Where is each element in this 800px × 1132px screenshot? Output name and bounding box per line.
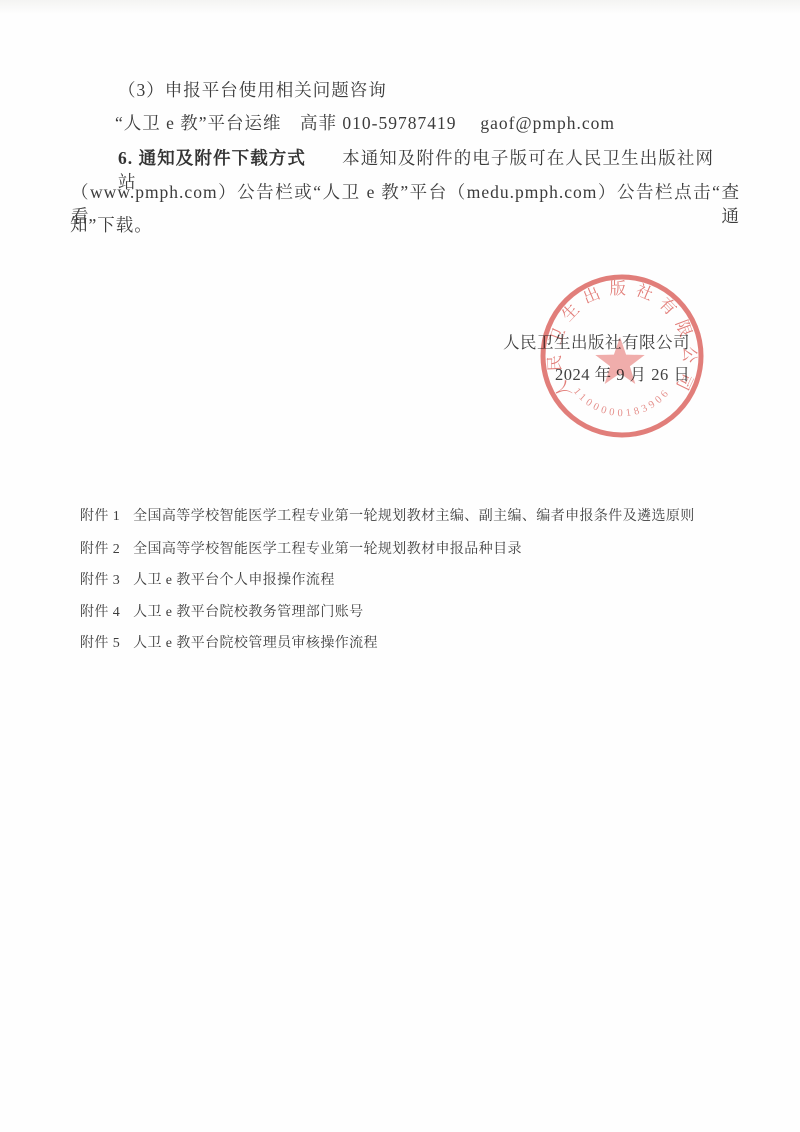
star-icon <box>595 337 644 384</box>
attachment-row-1: 附件 1 全国高等学校智能医学工程专业第一轮规划教材主编、副主编、编者申报条件及… <box>80 507 695 526</box>
download-section-heading: 6. 通知及附件下载方式 <box>118 148 306 168</box>
attachment-5-title: 人卫 e 教平台院校管理员审核操作流程 <box>133 634 378 653</box>
download-section-line2: （www.pmph.com）公告栏或“人卫 e 教”平台（medu.pmph.c… <box>71 180 740 228</box>
official-seal: 人民卫生出版社有限公司 1100000183906 <box>527 261 717 451</box>
attachment-3-label: 附件 3 <box>80 571 120 590</box>
seal-serial-number: 1100000183906 <box>571 386 673 419</box>
attachment-2-label: 附件 2 <box>80 540 120 559</box>
attachment-row-3: 附件 3 人卫 e 教平台个人申报操作流程 <box>80 571 335 590</box>
attachment-2-title: 全国高等学校智能医学工程专业第一轮规划教材申报品种目录 <box>133 540 522 559</box>
contact-info-line: “人卫 e 教”平台运维 高菲 010-59787419 gaof@pmph.c… <box>115 111 615 135</box>
attachment-5-label: 附件 5 <box>80 634 120 653</box>
attachment-row-5: 附件 5 人卫 e 教平台院校管理员审核操作流程 <box>80 634 378 653</box>
attachment-4-title: 人卫 e 教平台院校教务管理部门账号 <box>133 603 363 622</box>
attachment-1-title: 全国高等学校智能医学工程专业第一轮规划教材主编、副主编、编者申报条件及遴选原则 <box>133 507 695 526</box>
attachment-row-2: 附件 2 全国高等学校智能医学工程专业第一轮规划教材申报品种目录 <box>80 540 522 559</box>
download-section-line3: 知”下载。 <box>70 213 153 237</box>
attachment-3-title: 人卫 e 教平台个人申报操作流程 <box>133 571 335 590</box>
attachment-1-label: 附件 1 <box>80 507 120 526</box>
attachment-row-4: 附件 4 人卫 e 教平台院校教务管理部门账号 <box>80 603 364 622</box>
attachment-4-label: 附件 4 <box>80 603 120 622</box>
scan-noise-band <box>0 0 800 16</box>
contact-heading-line: （3）申报平台使用相关问题咨询 <box>118 78 387 102</box>
document-page: （3）申报平台使用相关问题咨询 “人卫 e 教”平台运维 高菲 010-5978… <box>0 0 800 1132</box>
